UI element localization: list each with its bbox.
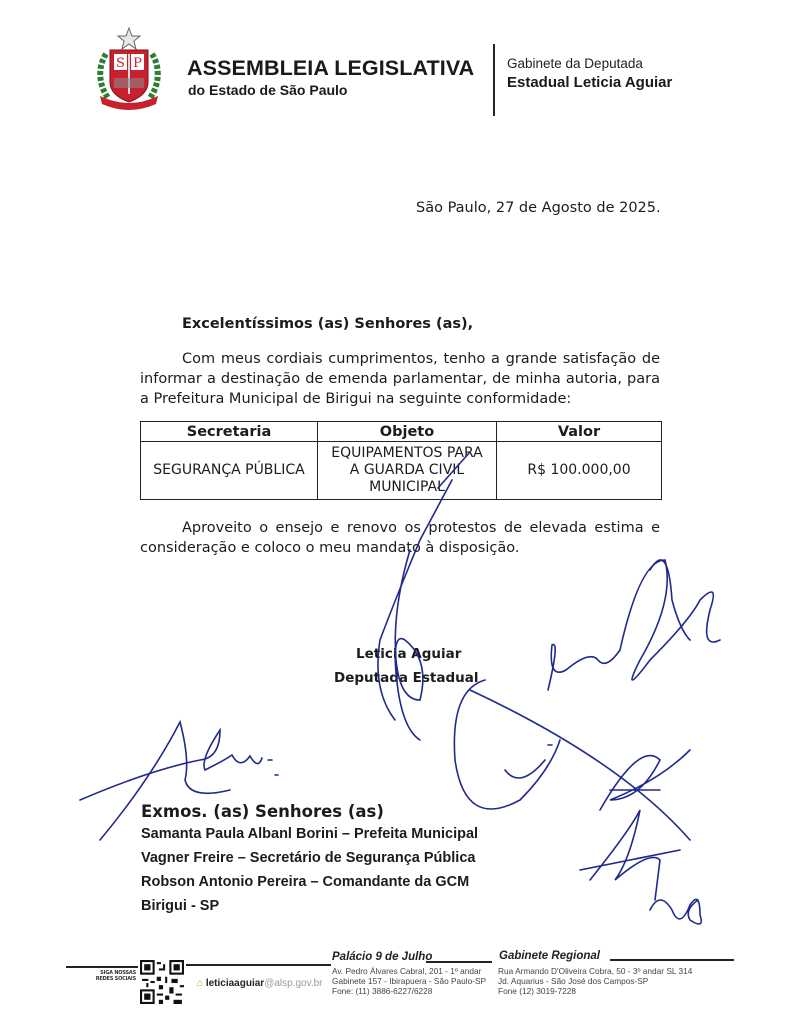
recipient-line: Birigui - SP	[141, 898, 219, 914]
signature-stroke	[650, 560, 690, 640]
letter-date: São Paulo, 27 de Agosto de 2025.	[416, 200, 661, 216]
paragraph-closing: Aproveito o ensejo e renovo os protestos…	[140, 518, 660, 558]
recipient-line: Samanta Paula Albanl Borini – Prefeita M…	[141, 826, 478, 842]
table-header-row: Secretaria Objeto Valor	[141, 422, 662, 442]
footer-rule	[426, 961, 492, 963]
regional-heading: Gabinete Regional	[499, 950, 600, 962]
email-domain: @alsp.gov.br	[264, 978, 322, 989]
paragraph-closing-text: Aproveito o ensejo e renovo os protestos…	[140, 520, 660, 556]
signatory-name: Leticia Aguiar	[356, 646, 461, 662]
footer-rule	[610, 959, 734, 961]
address-line: Av. Pedro Álvares Cabral, 201 - 1º andar	[332, 966, 486, 976]
palacio-address: Av. Pedro Álvares Cabral, 201 - 1º andar…	[332, 966, 486, 996]
table-row: SEGURANÇA PÚBLICA EQUIPAMENTOS PARA A GU…	[141, 442, 662, 500]
signature-stroke	[454, 680, 560, 809]
header-divider	[493, 44, 495, 116]
office-line-2: Estadual Leticia Aguiar	[507, 74, 672, 91]
paragraph-intro-text: Com meus cordiais cumprimentos, tenho a …	[140, 351, 660, 407]
office-line-1: Gabinete da Deputada	[507, 56, 643, 71]
palacio-heading: Palácio 9 de Julho	[332, 951, 432, 963]
signature-stroke	[580, 810, 680, 900]
recipients-heading: Exmos. (as) Senhores (as)	[141, 802, 384, 821]
recipient-line: Vagner Freire – Secretário de Segurança …	[141, 850, 475, 866]
signature-stroke	[600, 750, 690, 810]
sao-paulo-crest-logo: S P	[96, 26, 162, 112]
email-user: leticiaaguiar	[206, 978, 264, 989]
signature-stroke	[100, 722, 230, 840]
crest-letter-p: P	[133, 56, 142, 71]
objeto-line: A GUARDA CIVIL	[322, 462, 492, 479]
social-networks-label: SIGA NOSSAS REDES SOCIAIS	[90, 970, 136, 982]
crest-letter-s: S	[116, 56, 125, 71]
footer-rule	[186, 964, 331, 966]
handwritten-signatures	[0, 0, 799, 1024]
address-line: Fone: (11) 3886-6227/6228	[332, 986, 486, 996]
regional-address: Rua Armando D'Oliveira Cobra, 50 - 3º an…	[498, 966, 692, 996]
cell-secretaria: SEGURANÇA PÚBLICA	[141, 442, 318, 500]
signature-stroke	[395, 550, 423, 740]
objeto-line: MUNICIPAL	[322, 479, 492, 496]
address-line: Fone (12) 3019-7228	[498, 986, 692, 996]
address-line: Gabinete 157 - Ibirapuera - São Paulo-SP	[332, 976, 486, 986]
footer-rule	[66, 966, 138, 968]
cell-objeto: EQUIPAMENTOS PARA A GUARDA CIVIL MUNICIP…	[318, 442, 497, 500]
address-line: Rua Armando D'Oliveira Cobra, 50 - 3º an…	[498, 966, 692, 976]
institution-subtitle: do Estado de São Paulo	[188, 82, 347, 98]
paragraph-intro: Com meus cordiais cumprimentos, tenho a …	[140, 349, 660, 409]
cell-valor: R$ 100.000,00	[497, 442, 662, 500]
amendment-table: Secretaria Objeto Valor SEGURANÇA PÚBLIC…	[140, 421, 662, 500]
signature-stroke	[548, 560, 720, 690]
column-header-valor: Valor	[497, 422, 662, 442]
email-contact[interactable]: ⌂ leticiaaguiar@alsp.gov.br	[197, 978, 323, 989]
signature-stroke	[80, 730, 278, 800]
salutation: Excelentíssimos (as) Senhores (as),	[182, 316, 473, 332]
column-header-objeto: Objeto	[318, 422, 497, 442]
signature-stroke	[470, 690, 690, 840]
objeto-line: EQUIPAMENTOS PARA	[322, 445, 492, 462]
instagram-icon: ⌂	[197, 978, 203, 989]
institution-title: ASSEMBLEIA LEGISLATIVA	[187, 56, 474, 81]
signature-stroke	[650, 899, 701, 924]
recipient-line: Robson Antonio Pereira – Comandante da G…	[141, 874, 469, 890]
address-line: Jd. Aquarius - São José dos Campos-SP	[498, 976, 692, 986]
qr-code-icon[interactable]	[140, 960, 184, 1004]
signatory-role: Deputada Estadual	[334, 670, 479, 686]
column-header-secretaria: Secretaria	[141, 422, 318, 442]
